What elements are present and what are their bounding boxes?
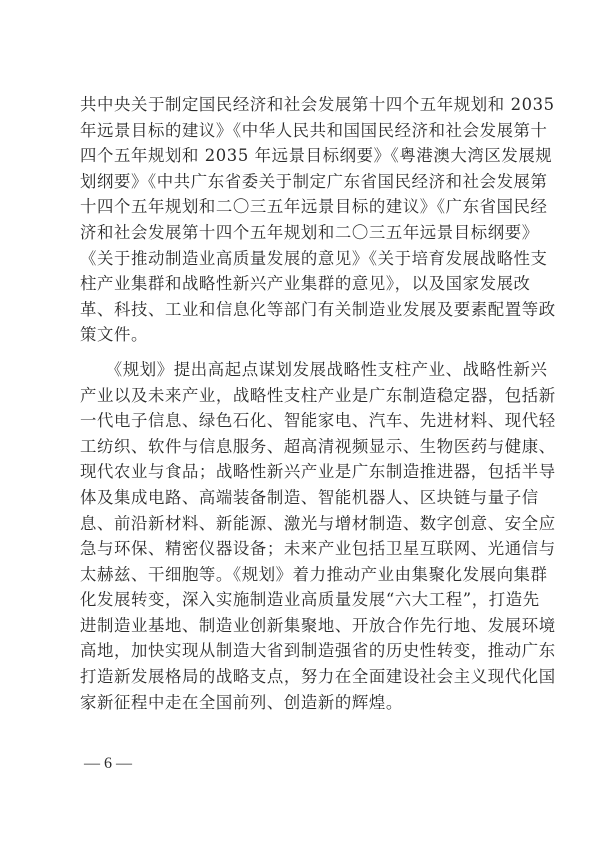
text-line: 划纲要》《中共广东省委关于制定广东省国民经济和社会发展第: [80, 169, 522, 195]
text-line: 四个五年规划和 2035 年远景目标纲要》《粤港澳大湾区发展规: [80, 143, 522, 169]
text-line: 《关于推动制造业高质量发展的意见》《关于培育发展战略性支: [80, 246, 522, 272]
paragraph-2: 《规划》提出高起点谋划发展战略性支柱产业、战略性新兴 产业以及未来产业，战略性支…: [80, 357, 522, 715]
text-line: 工纺织、软件与信息服务、超高清视频显示、生物医药与健康、: [80, 434, 522, 460]
text-line: 家新征程中走在全国前列、创造新的辉煌。: [80, 690, 522, 716]
text-line: 高地，加快实现从制造大省到制造强省的历史性转变，推动广东: [80, 638, 522, 664]
text-line: 体及集成电路、高端装备制造、智能机器人、区块链与量子信: [80, 485, 522, 511]
page-number: — 6 —: [84, 755, 132, 773]
text-line: 革、科技、工业和信息化等部门有关制造业发展及要素配置等政: [80, 297, 522, 323]
text-line: 太赫兹、干细胞等。《规划》着力推动产业由集聚化发展向集群: [80, 562, 522, 588]
paragraph-1: 共中央关于制定国民经济和社会发展第十四个五年规划和 2035 年远景目标的建议》…: [80, 92, 522, 348]
text-line: 柱产业集群和战略性新兴产业集群的意见》，以及国家发展改: [80, 271, 522, 297]
text-line: 现代农业与食品；战略性新兴产业是广东制造推进器，包括半导: [80, 459, 522, 485]
text-line: 济和社会发展第十四个五年规划和二〇三五年远景目标纲要》: [80, 220, 522, 246]
text-line: 《规划》提出高起点谋划发展战略性支柱产业、战略性新兴: [80, 357, 522, 383]
text-line: 打造新发展格局的战略支点，努力在全面建设社会主义现代化国: [80, 664, 522, 690]
document-body: 共中央关于制定国民经济和社会发展第十四个五年规划和 2035 年远景目标的建议》…: [80, 92, 522, 715]
text-line: 化发展转变，深入实施制造业高质量发展“六大工程”，打造先: [80, 587, 522, 613]
paragraph-gap: [80, 348, 522, 357]
text-line: 共中央关于制定国民经济和社会发展第十四个五年规划和 2035: [80, 92, 522, 118]
text-line: 急与环保、精密仪器设备；未来产业包括卫星互联网、光通信与: [80, 536, 522, 562]
text-line: 年远景目标的建议》《中华人民共和国国民经济和社会发展第十: [80, 118, 522, 144]
document-page: 共中央关于制定国民经济和社会发展第十四个五年规划和 2035 年远景目标的建议》…: [0, 0, 600, 848]
text-line: 产业以及未来产业，战略性支柱产业是广东制造稳定器，包括新: [80, 383, 522, 409]
text-line: 进制造业基地、制造业创新集聚地、开放合作先行地、发展环境: [80, 613, 522, 639]
text-line: 策文件。: [80, 322, 522, 348]
text-line: 十四个五年规划和二〇三五年远景目标的建议》《广东省国民经: [80, 194, 522, 220]
text-line: 一代电子信息、绿色石化、智能家电、汽车、先进材料、现代轻: [80, 408, 522, 434]
text-line: 息、前沿新材料、新能源、激光与增材制造、数字创意、安全应: [80, 511, 522, 537]
